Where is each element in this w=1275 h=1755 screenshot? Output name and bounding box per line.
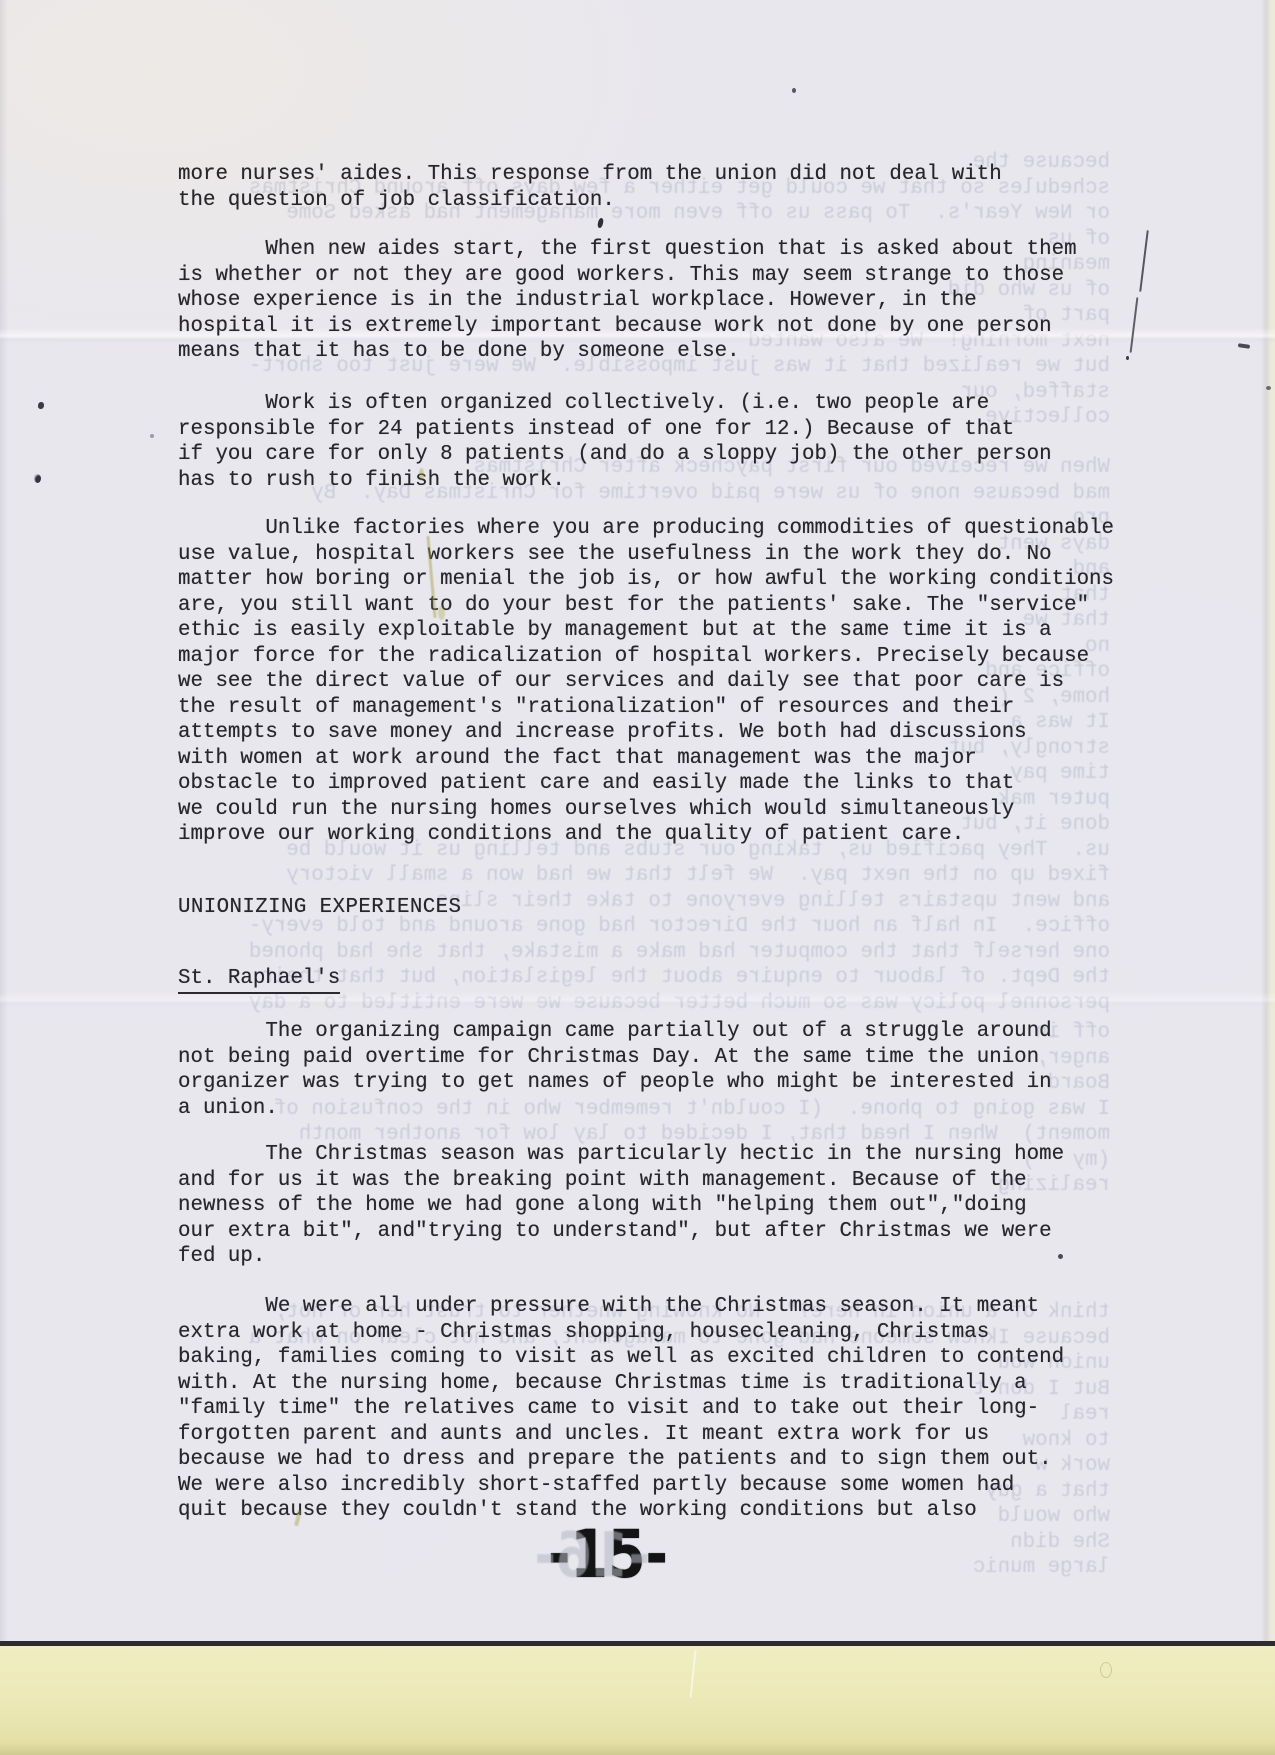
smudge-mark (1100, 1662, 1112, 1678)
paragraph-1: more nurses' aides. This response from t… (178, 162, 1002, 213)
paragraph-6: The Christmas season was particularly he… (178, 1142, 1064, 1270)
paragraph-7: We were all under pressure with the Chri… (178, 1294, 1064, 1524)
subsection-heading: St. Raphael's (178, 966, 340, 992)
ink-speck (150, 434, 154, 438)
pen-mark (1126, 356, 1129, 360)
page-edge-shadow (1261, 0, 1275, 1646)
ink-speck (1238, 343, 1250, 349)
pen-mark (1139, 230, 1149, 292)
ink-speck (1266, 386, 1271, 390)
section-heading: UNIONIZING EXPERIENCES (178, 895, 461, 921)
paragraph-2: When new aides start, the first question… (178, 237, 1077, 365)
green-stain (438, 606, 445, 620)
underlined-text: St. Raphael's (178, 967, 340, 994)
page-edge-shadow (0, 0, 8, 1646)
ink-speck (792, 88, 796, 93)
pen-mark (1130, 297, 1139, 353)
paper-crease (0, 992, 1275, 1008)
ink-speck (34, 474, 41, 483)
paragraph-5: The organizing campaign came partially o… (178, 1019, 1052, 1121)
green-stain (419, 468, 424, 480)
ghost-page-number: -16- (534, 1520, 650, 1592)
paragraph-3: Work is often organized collectively. (i… (178, 391, 1052, 493)
paragraph-4: Unlike factories where you are producing… (178, 516, 1114, 848)
scanned-page: because the schedules so that we could g… (0, 0, 1275, 1755)
ink-speck (38, 402, 44, 409)
next-sheet-edge (0, 1646, 1275, 1755)
ink-speck (1058, 1254, 1063, 1259)
